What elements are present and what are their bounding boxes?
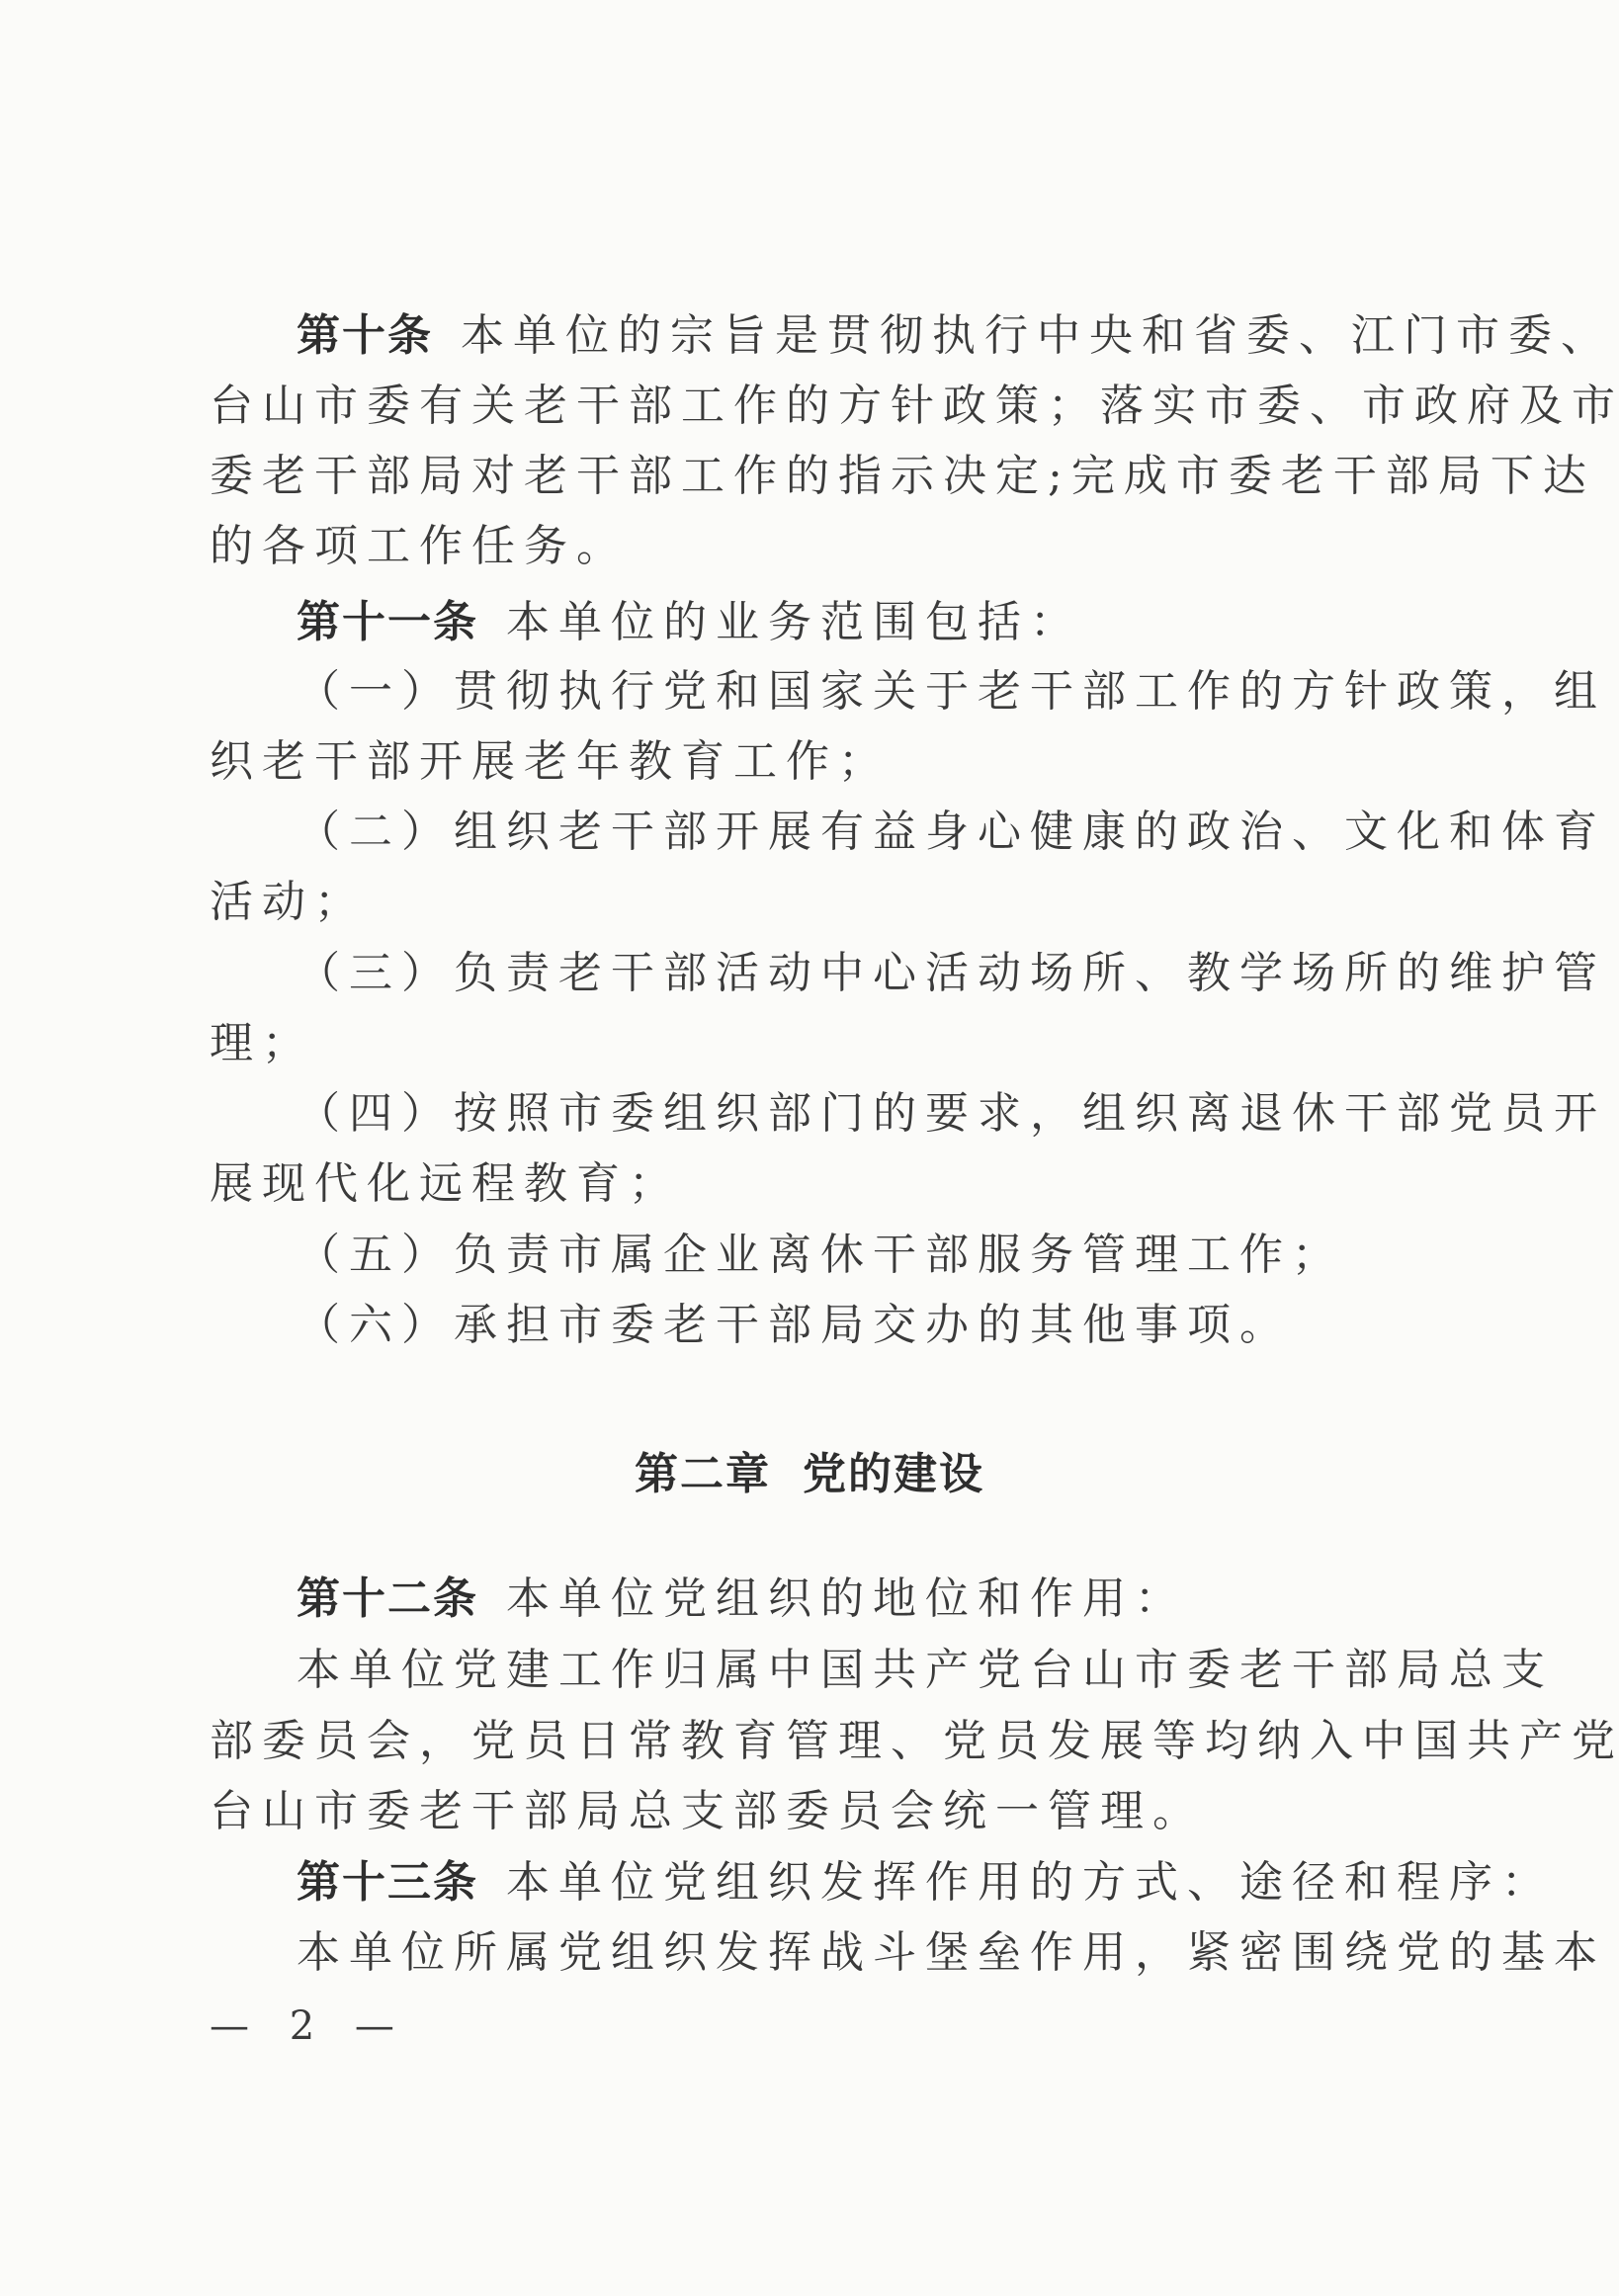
chapter-title: 党的建设 — [803, 1449, 984, 1499]
article-11-intro: 本单位的业务范围包括： — [506, 597, 1082, 647]
article-10-label: 第十条 — [297, 310, 433, 361]
article-11-item-1: （一）贯彻执行党和国家关于老干部工作的方针政策，组 — [297, 662, 1418, 722]
document-page: 第十条本单位的宗旨是贯彻执行中央和省委、江门市委、 台山市委有关老干部工作的方针… — [0, 0, 1619, 2296]
article-11-line-1: 第十一条本单位的业务范围包括： — [297, 593, 1418, 652]
article-12-intro: 本单位党组织的地位和作用： — [506, 1573, 1187, 1624]
article-13-intro: 本单位党组织发挥作用的方式、途径和程序： — [506, 1857, 1554, 1908]
article-12-line-2: 本单位党建工作归属中国共产党台山市委老干部局总支 — [297, 1641, 1418, 1700]
article-11-item-6: （六）承担市委老干部局交办的其他事项。 — [297, 1296, 1418, 1355]
article-10-line-3: 委老干部局对老干部工作的指示决定;完成市委老干部局下达 — [210, 447, 1415, 506]
article-11-item-5: （五）负责市属企业离休干部服务管理工作； — [297, 1226, 1418, 1285]
article-11-item-1-cont: 织老干部开展老年教育工作； — [210, 732, 1415, 792]
article-12-label: 第十二条 — [297, 1573, 478, 1624]
article-11-item-2: （二）组织老干部开展有益身心健康的政治、文化和体育 — [297, 803, 1418, 862]
article-11-item-3: （三）负责老干部活动中心活动场所、教学场所的维护管 — [297, 944, 1418, 1003]
article-10-line-1: 第十条本单位的宗旨是贯彻执行中央和省委、江门市委、 — [297, 306, 1418, 366]
article-13-line-1: 第十三条本单位党组织发挥作用的方式、途径和程序： — [297, 1853, 1418, 1913]
article-11-label: 第十一条 — [297, 597, 478, 647]
article-11-item-4-cont: 展现代化远程教育； — [210, 1154, 1415, 1214]
article-12-line-3: 部委员会，党员日常教育管理、党员发展等均纳入中国共产党 — [210, 1712, 1415, 1771]
article-12-line-4: 台山市委老干部局总支部委员会统一管理。 — [210, 1782, 1415, 1841]
article-10-line-2: 台山市委有关老干部工作的方针政策；落实市委、市政府及市 — [210, 377, 1415, 436]
article-11-item-3-cont: 理； — [210, 1014, 1415, 1073]
article-12-line-1: 第十二条本单位党组织的地位和作用： — [297, 1570, 1418, 1629]
article-11-item-2-cont: 活动； — [210, 873, 1415, 932]
chapter-heading: 第二章党的建设 — [0, 1445, 1619, 1504]
article-10-line-4: 的各项工作任务。 — [210, 517, 1415, 576]
article-13-label: 第十三条 — [297, 1857, 478, 1908]
article-11-item-4: （四）按照市委组织部门的要求，组织离退休干部党员开 — [297, 1084, 1418, 1144]
page-number: — 2 — — [210, 1997, 408, 2056]
article-10-text: 本单位的宗旨是贯彻执行中央和省委、江门市委、 — [461, 310, 1613, 361]
chapter-number: 第二章 — [635, 1449, 771, 1499]
article-13-line-2: 本单位所属党组织发挥战斗堡垒作用，紧密围绕党的基本 — [297, 1923, 1418, 1983]
